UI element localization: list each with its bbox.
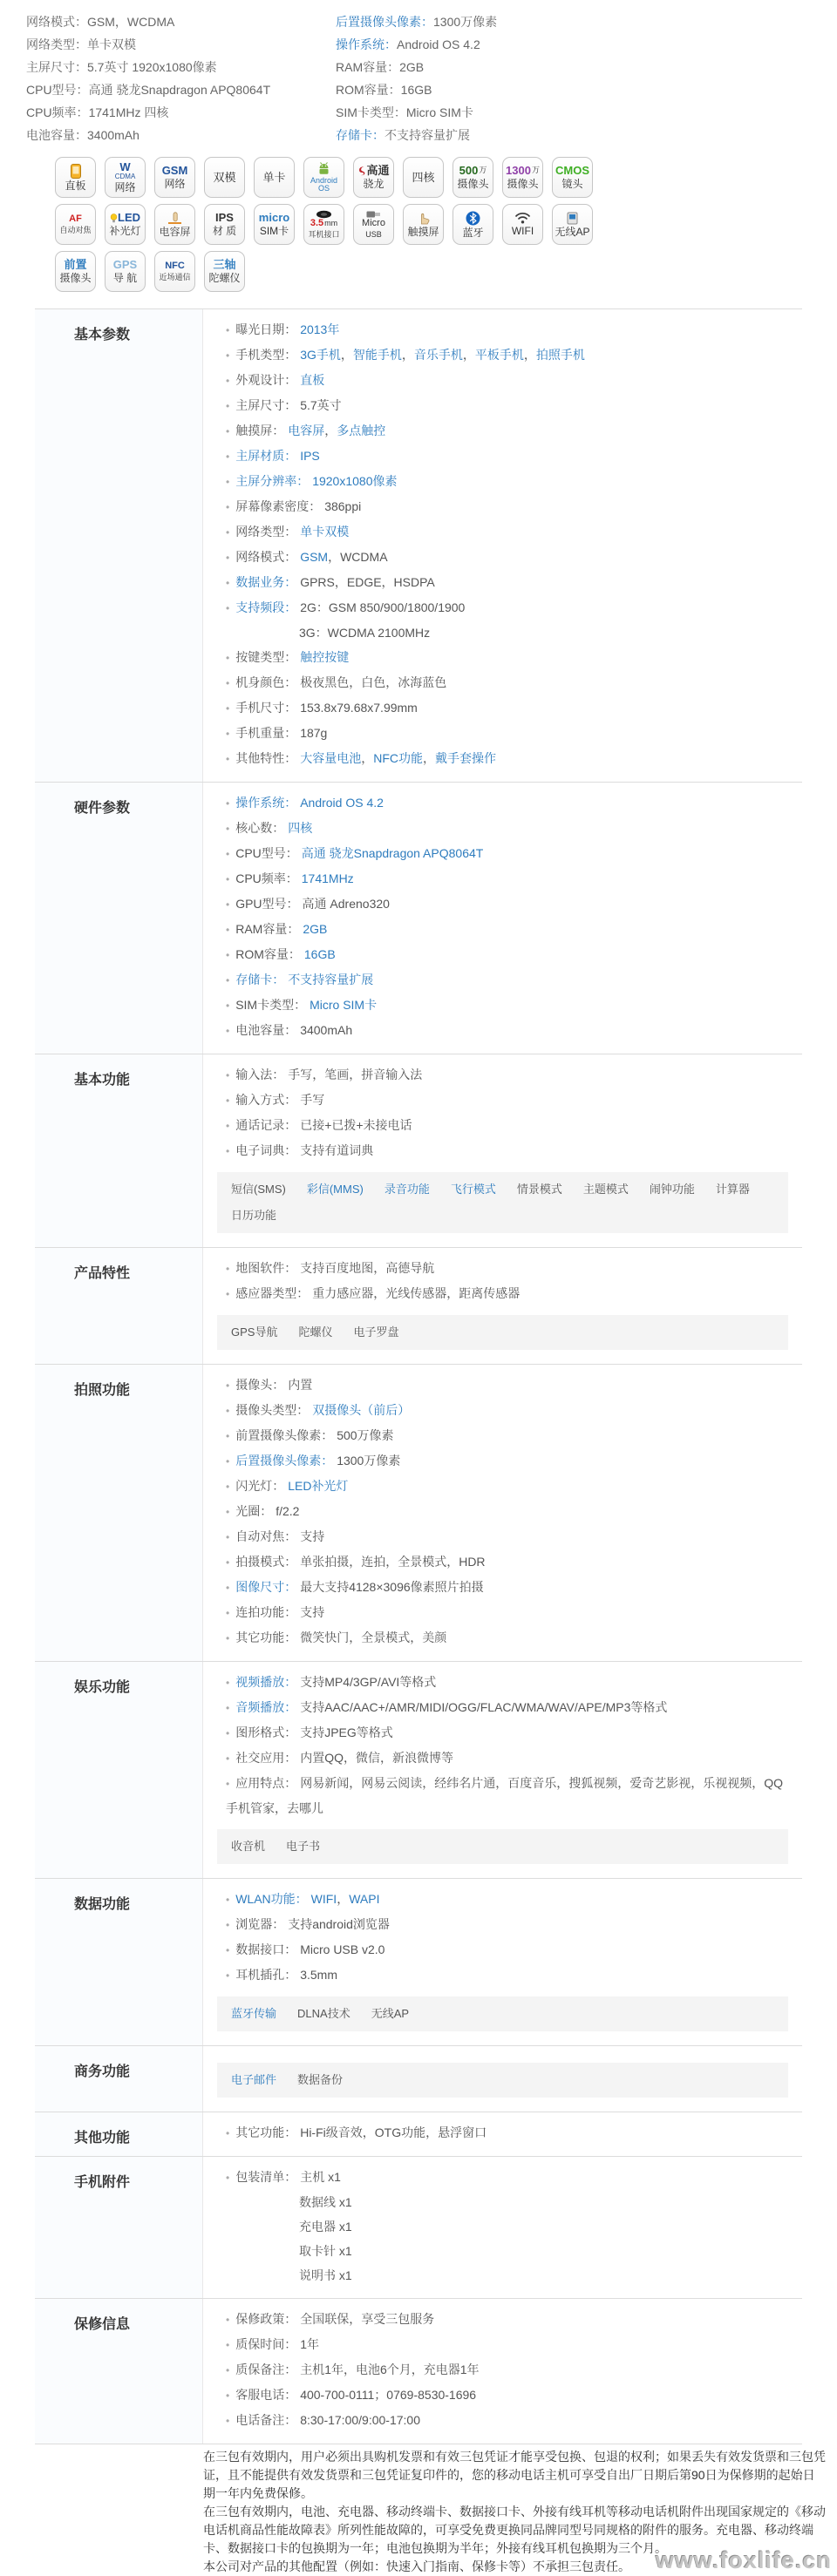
item-value: Micro USB v2.0: [300, 1942, 384, 1956]
item-label[interactable]: 存储卡：: [235, 973, 284, 986]
table-row: •前置摄像头像素：500万像素: [217, 1423, 788, 1448]
gps-navigation-top: GPS: [113, 259, 137, 271]
item-label[interactable]: 图像尺寸：: [235, 1580, 296, 1594]
badge-text: 1300: [506, 165, 531, 177]
item-value-link[interactable]: 大容量电池: [300, 751, 361, 765]
badge-quad-core[interactable]: 四核: [403, 157, 444, 198]
bullet-icon: •: [226, 702, 229, 715]
item-value-link[interactable]: 高通 骁龙Snapdragon APQ8064T: [302, 846, 484, 860]
item-label: 核心数：: [235, 821, 284, 835]
badge-led-flash[interactable]: LED补光灯: [105, 204, 146, 245]
item-label: 手机尺寸：: [235, 701, 296, 715]
tag-link[interactable]: 蓝牙传输: [231, 2001, 276, 2027]
item-value-link[interactable]: 1741MHz: [302, 871, 354, 885]
bullet-icon: •: [226, 1288, 229, 1300]
bullet-icon: •: [226, 324, 229, 336]
item-label: 手机类型：: [235, 348, 296, 362]
item-label: 质保备注：: [235, 2362, 296, 2376]
spec-value: 16GB: [401, 83, 432, 97]
spec-label: 网络类型：: [26, 37, 87, 51]
bullet-icon: •: [226, 1778, 229, 1790]
item-extra-line: 说明书 x1: [217, 2263, 788, 2288]
badge-label: 摄像头: [59, 273, 91, 284]
tag: 情景模式: [517, 1176, 562, 1203]
spec-value: 单卡双模: [87, 37, 136, 51]
item-label: 光圈：: [235, 1504, 272, 1518]
badge-label: 网络: [114, 182, 135, 193]
badge-label: 近场通信: [159, 274, 190, 281]
bullet-icon: •: [226, 1556, 229, 1569]
badge-text: 四核: [412, 172, 434, 184]
badge-text: 3.5: [310, 219, 323, 229]
table-row: •网络模式：GSM，WCDMA: [217, 545, 788, 570]
item-value: ，: [524, 348, 536, 362]
badge-text: 500: [459, 165, 479, 177]
spec-label: RAM容量：: [336, 60, 399, 74]
badge-text: 三轴: [213, 259, 235, 271]
item-label[interactable]: 音频播放：: [235, 1700, 296, 1714]
table-row: •后置摄像头像素：1300万像素: [217, 1448, 788, 1474]
spec-value: 1300万像素: [433, 15, 497, 29]
badge-subtext: 万: [532, 166, 540, 174]
spec-label: CPU频率：: [26, 105, 89, 119]
item-label: 输入方式：: [235, 1093, 296, 1107]
item-value: 极夜黑色，白色，冰海蓝色: [300, 675, 446, 689]
tag: GPS导航: [231, 1319, 277, 1346]
item-value-link[interactable]: 双摄像头（前后）: [312, 1403, 410, 1417]
badge-label: 镜头: [561, 179, 582, 190]
bullet-icon: •: [226, 1944, 229, 1956]
tag-link[interactable]: 电子邮件: [231, 2067, 276, 2093]
item-value: 1300万像素: [337, 1454, 400, 1468]
table-row: •存储卡：不支持容量扩展: [217, 967, 788, 993]
item-value: 3.5mm: [300, 1968, 337, 1982]
bullet-icon: •: [226, 728, 229, 740]
badge-af-autofocus[interactable]: AF自动对焦: [55, 204, 96, 245]
android-icon: [316, 162, 331, 175]
item-value: 重力感应器，光线传感器，距离传感器: [312, 1286, 520, 1300]
bullet-icon: •: [226, 848, 229, 860]
tag-link[interactable]: 彩信(MMS): [307, 1176, 364, 1203]
bullet-icon: •: [226, 2415, 229, 2427]
item-value: ，: [423, 751, 435, 765]
badge-gsm-network[interactable]: GSM网络: [154, 157, 195, 198]
badge-label: 材 质: [213, 226, 236, 237]
badge-label: 导 航: [113, 273, 137, 284]
watermark: www.foxlife.cn: [656, 2547, 832, 2574]
table-row: •质保备注：主机1年，电池6个月，充电器1年: [217, 2357, 788, 2383]
section-body: •包装清单：主机 x1数据线 x1充电器 x1取卡针 x1说明书 x1: [203, 2157, 802, 2298]
spec-label[interactable]: 操作系统：: [336, 37, 397, 51]
table-row: •电话备注：8:30-17:00/9:00-17:00: [217, 2408, 788, 2433]
badge-bluetooth[interactable]: 蓝牙: [453, 204, 493, 245]
table-row: •RAM容量：2GB: [217, 917, 788, 942]
table-row: •视频播放：支持MP4/3GP/AVI等格式: [217, 1670, 788, 1695]
item-label: 社交应用：: [235, 1751, 296, 1765]
bullet-icon: •: [226, 451, 229, 463]
item-value: ，: [361, 751, 373, 765]
item-value-link[interactable]: 触控按键: [300, 650, 349, 664]
spec-row: 网络模式：GSM，WCDMA: [26, 10, 336, 33]
item-value-link[interactable]: GSM: [300, 550, 328, 564]
spec-section: 基本功能•输入法：手写，笔画，拼音输入法•输入方式：手写•通话记录：已接+已拨+…: [35, 1054, 802, 1248]
table-row: •GPU型号：高通 Adreno320: [217, 891, 788, 917]
item-value-link[interactable]: 平板手机: [475, 348, 524, 362]
item-value: GPRS，EDGE，HSDPA: [300, 575, 435, 589]
table-row: •包装清单：主机 x1: [217, 2165, 788, 2190]
badge-candybar[interactable]: 直板: [55, 157, 96, 198]
badge-text: AF: [69, 214, 82, 225]
section-title: 娱乐功能: [35, 1662, 203, 1878]
item-value: 支持: [300, 1605, 324, 1619]
bullet-icon: •: [226, 2339, 229, 2351]
spec-section: 基本参数•曝光日期：2013年•手机类型：3G手机，智能手机，音乐手机，平板手机…: [35, 309, 802, 783]
bullet-icon: •: [226, 476, 229, 488]
item-label: 通话记录：: [235, 1118, 296, 1132]
item-label: 机身颜色：: [235, 675, 296, 689]
badge-micro-sim[interactable]: microSIM卡: [254, 204, 295, 245]
item-label: 其它功能：: [235, 2125, 296, 2139]
badge-row: 直板WCDMA网络GSM网络双模单卡Android OS高通骁龙四核500万摄像…: [55, 157, 837, 198]
table-row: •社交应用：内置QQ，微信，新浪微博等: [217, 1746, 788, 1771]
item-label: 按键类型：: [235, 650, 296, 664]
item-value: 支持android浏览器: [288, 1917, 390, 1931]
item-value-link[interactable]: Micro SIM卡: [310, 998, 377, 1012]
badge-dual-mode[interactable]: 双模: [204, 157, 245, 198]
table-row: •质保时间：1年: [217, 2332, 788, 2357]
badge-android-os[interactable]: Android OS: [303, 157, 344, 198]
item-value-link[interactable]: WIFI: [311, 1892, 337, 1906]
table-row: •输入法：手写，笔画，拼音输入法: [217, 1062, 788, 1088]
badge-touch-screen[interactable]: 触摸屏: [403, 204, 444, 245]
bulb-icon: [110, 214, 118, 223]
badge-micro-usb[interactable]: MicroUSB: [353, 204, 394, 245]
badge-ips-panel[interactable]: IPS材 质: [204, 204, 245, 245]
table-row: •应用特点：网易新闻，网易云阅读，经纬名片通，百度音乐，搜狐视频，爱奇艺影视，乐…: [217, 1771, 788, 1820]
item-value: 支持AAC/AAC+/AMR/MIDI/OGG/FLAC/WMA/WAV/APE…: [300, 1700, 667, 1714]
section-title: 基本功能: [35, 1054, 203, 1247]
tag: DLNA技术: [297, 2001, 350, 2027]
tag: 闹钟功能: [650, 1176, 695, 1203]
item-value-link[interactable]: 音乐手机: [414, 348, 463, 362]
section-body: •曝光日期：2013年•手机类型：3G手机，智能手机，音乐手机，平板手机，拍照手…: [203, 309, 802, 782]
bullet-icon: •: [226, 2390, 229, 2402]
bullet-icon: •: [226, 1677, 229, 1689]
item-label: 应用特点：: [235, 1776, 296, 1790]
item-value: 主机 x1: [300, 2170, 341, 2184]
camera-13mp-top: 1300万: [506, 165, 540, 177]
table-row: •数据接口：Micro USB v2.0: [217, 1937, 788, 1963]
item-value-link[interactable]: LED补光灯: [288, 1479, 348, 1493]
item-value-link[interactable]: 3G手机: [300, 348, 341, 362]
badge-text: 单卡: [262, 172, 285, 184]
feature-badge-grid: 直板WCDMA网络GSM网络双模单卡Android OS高通骁龙四核500万摄像…: [0, 152, 837, 305]
front-camera-top: 前置: [64, 259, 86, 271]
table-row: •保修政策：全国联保，享受三包服务: [217, 2307, 788, 2332]
table-row: •闪光灯：LED补光灯: [217, 1474, 788, 1499]
item-label: 耳机插孔：: [235, 1968, 296, 1982]
top-key-specs: 网络模式：GSM，WCDMA网络类型：单卡双模主屏尺寸：5.7英寸 1920x1…: [0, 0, 837, 152]
item-value: 高通 Adreno320: [303, 897, 390, 911]
spec-label: SIM卡类型：: [336, 105, 406, 119]
item-value: 500万像素: [337, 1428, 393, 1442]
item-value: 187g: [300, 726, 327, 740]
item-value-link[interactable]: NFC功能: [373, 751, 423, 765]
item-value-link[interactable]: 电容屏: [288, 424, 324, 437]
section-body: •WLAN功能：WIFI，WAPI•浏览器：支持android浏览器•数据接口：…: [203, 1879, 802, 2045]
spec-row: SIM卡类型：Micro SIM卡: [336, 101, 497, 124]
section-title: 保修信息: [35, 2299, 203, 2444]
item-value-link[interactable]: IPS: [300, 449, 320, 463]
item-label: SIM卡类型：: [235, 998, 306, 1012]
table-row: •输入方式：手写: [217, 1088, 788, 1113]
item-label[interactable]: 主屏材质：: [235, 449, 296, 463]
spec-value: 高通 骁龙Snapdragon APQ8064T: [89, 83, 271, 97]
badge-text: CMOS: [555, 165, 589, 177]
item-label: 输入法：: [235, 1068, 284, 1081]
bullet-icon: •: [226, 797, 229, 810]
section-title: 数据功能: [35, 1879, 203, 2045]
spec-row: 后置摄像头像素：1300万像素: [336, 10, 497, 33]
ap-icon: [567, 212, 578, 225]
bullet-icon: •: [226, 375, 229, 387]
item-value-link[interactable]: 四核: [288, 821, 312, 835]
badge-gyroscope[interactable]: 三轴陀螺仪: [204, 251, 245, 292]
table-row: •电子词典：支持有道词典: [217, 1138, 788, 1163]
item-label: 网络类型：: [235, 525, 296, 539]
bullet-icon: •: [226, 1582, 229, 1594]
table-row: •通话记录：已接+已拨+未接电话: [217, 1113, 788, 1138]
item-label: 手机重量：: [235, 726, 296, 740]
item-label: GPU型号：: [235, 897, 298, 911]
badge-capacitive-screen[interactable]: 电容屏: [154, 204, 195, 245]
badge-label: 无线AP: [555, 227, 589, 238]
tag-link[interactable]: 录音功能: [384, 1176, 430, 1203]
badge-label: 摄像头: [457, 179, 488, 190]
badge-camera-13mp[interactable]: 1300万摄像头: [502, 157, 543, 198]
table-row: •客服电话：400-700-0111；0769-8530-1696: [217, 2383, 788, 2408]
item-value-link[interactable]: Android OS 4.2: [300, 796, 384, 810]
item-value: 400-700-0111；0769-8530-1696: [300, 2388, 476, 2402]
badge-subtext: mm: [324, 220, 337, 227]
gsm-network-top: GSM: [162, 165, 188, 177]
section-title: 其他功能: [35, 2112, 203, 2156]
item-value-link[interactable]: 单卡双模: [300, 525, 349, 539]
spec-row: 电池容量：3400mAh: [26, 124, 336, 146]
table-row: •图像尺寸：最大支持4128×3096像素照片拍摄: [217, 1575, 788, 1600]
table-row: •图形格式：支持JPEG等格式: [217, 1720, 788, 1746]
bullet-icon: •: [226, 1430, 229, 1442]
item-label: 闪光灯：: [235, 1479, 284, 1493]
item-value-link[interactable]: 拍照手机: [536, 348, 585, 362]
section-title: 硬件参数: [35, 783, 203, 1054]
bullet-icon: •: [226, 602, 229, 614]
section-title: 产品特性: [35, 1248, 203, 1364]
table-row: •按键类型：触控按键: [217, 645, 788, 670]
spec-section: 其他功能•其它功能：Hi-Fi级音效，OTG功能，悬浮窗口: [35, 2112, 802, 2157]
bullet-icon: •: [226, 652, 229, 664]
item-value-link[interactable]: 不支持容量扩展: [288, 973, 373, 986]
table-row: •曝光日期：2013年: [217, 317, 788, 342]
table-row: •触摸屏：电容屏，多点触控: [217, 418, 788, 444]
item-value-link[interactable]: 戴手套操作: [435, 751, 496, 765]
spec-row: CPU型号：高通 骁龙Snapdragon APQ8064T: [26, 78, 336, 101]
item-value-link[interactable]: 智能手机: [353, 348, 402, 362]
table-row: •外观设计：直板: [217, 368, 788, 393]
phone-icon: [71, 164, 81, 179]
table-row: •感应器类型：重力感应器，光线传感器，距离传感器: [217, 1281, 788, 1306]
bullet-icon: •: [226, 1752, 229, 1765]
tag: 计算器: [716, 1176, 750, 1203]
item-value: ，: [337, 1892, 349, 1906]
bullet-icon: •: [226, 898, 229, 911]
badge-text: NFC: [165, 261, 185, 272]
badge-row: 前置摄像头GPS导 航NFC近场通信三轴陀螺仪: [55, 251, 837, 292]
spec-value: 5.7英寸 1920x1080像素: [87, 60, 217, 74]
badge-nfc[interactable]: NFC近场通信: [154, 251, 195, 292]
item-label: 图形格式：: [235, 1725, 296, 1739]
quad-core-top: 四核: [412, 172, 434, 184]
badge-wireless-ap[interactable]: 无线AP: [552, 204, 593, 245]
bullet-icon: •: [226, 1969, 229, 1982]
spec-row: RAM容量：2GB: [336, 56, 497, 78]
badge-gps-navigation[interactable]: GPS导 航: [105, 251, 146, 292]
table-row: •手机重量：187g: [217, 721, 788, 746]
item-label[interactable]: WLAN功能：: [235, 1892, 307, 1906]
badge-label: SIM卡: [260, 226, 289, 237]
item-label[interactable]: 主屏分辨率：: [235, 474, 309, 488]
dual-mode-top: 双模: [213, 172, 235, 184]
item-value-link[interactable]: 2GB: [303, 922, 327, 936]
tag: 数据备份: [297, 2067, 343, 2093]
item-value-link[interactable]: WAPI: [349, 1892, 379, 1906]
table-row: •操作系统：Android OS 4.2: [217, 790, 788, 816]
item-value: 5.7英寸: [300, 398, 341, 412]
item-value: 2G：GSM 850/900/1800/1900: [300, 600, 465, 614]
section-body: •操作系统：Android OS 4.2•核心数：四核•CPU型号：高通 骁龙S…: [203, 783, 802, 1054]
spec-label[interactable]: 后置摄像头像素：: [336, 15, 433, 29]
spec-value: Micro SIM卡: [406, 105, 473, 119]
item-value: Hi-Fi级音效，OTG功能，悬浮窗口: [300, 2125, 487, 2139]
top-specs-left-column: 网络模式：GSM，WCDMA网络类型：单卡双模主屏尺寸：5.7英寸 1920x1…: [26, 10, 336, 146]
item-label: 其它功能：: [235, 1630, 296, 1644]
item-label: 其他特性：: [235, 751, 296, 765]
snapdragon-top: 高通: [357, 165, 389, 177]
item-label[interactable]: 后置摄像头像素：: [235, 1454, 333, 1468]
badge-wifi[interactable]: WIFI: [502, 204, 543, 245]
section-body: •视频播放：支持MP4/3GP/AVI等格式•音频播放：支持AAC/AAC+/A…: [203, 1662, 802, 1878]
item-value: 内置: [288, 1378, 312, 1392]
item-value: 已接+已拨+未接电话: [300, 1118, 412, 1132]
led-flash-top: LED: [110, 212, 140, 224]
item-value: 主机1年，电池6个月，充电器1年: [300, 2362, 479, 2376]
section-title: 基本参数: [35, 309, 203, 782]
badge-text: IPS: [215, 212, 234, 224]
badge-camera-5mp[interactable]: 500万摄像头: [453, 157, 493, 198]
badge-label: 耳机接口: [308, 231, 339, 239]
item-value-link[interactable]: 多点触控: [337, 424, 385, 437]
item-label[interactable]: 操作系统：: [235, 796, 296, 810]
bullet-icon: •: [226, 1095, 229, 1107]
cmos-lens-top: CMOS: [555, 165, 589, 177]
item-value: 全国联保，享受三包服务: [300, 2312, 434, 2326]
table-row: •机身颜色：极夜黑色，白色，冰海蓝色: [217, 670, 788, 695]
bullet-icon: •: [226, 1632, 229, 1644]
spec-section: 娱乐功能•视频播放：支持MP4/3GP/AVI等格式•音频播放：支持AAC/AA…: [35, 1662, 802, 1879]
table-row: •其他特性：大容量电池，NFC功能，戴手套操作: [217, 746, 788, 771]
spec-label[interactable]: 存储卡：: [336, 128, 384, 142]
bullet-icon: •: [226, 1481, 229, 1493]
badge-wcdma-network[interactable]: WCDMA网络: [105, 157, 146, 198]
table-row: •其它功能：Hi-Fi级音效，OTG功能，悬浮窗口: [217, 2120, 788, 2146]
bullet-icon: •: [226, 1145, 229, 1157]
bullet-icon: •: [226, 924, 229, 936]
section-body: •保修政策：全国联保，享受三包服务•质保时间：1年•质保备注：主机1年，电池6个…: [203, 2299, 802, 2444]
spec-row: ROM容量：16GB: [336, 78, 497, 101]
item-value: ，: [341, 348, 353, 362]
badge-snapdragon[interactable]: 高通骁龙: [353, 157, 394, 198]
badge-front-camera[interactable]: 前置摄像头: [55, 251, 96, 292]
item-label[interactable]: 支持频段：: [235, 600, 296, 614]
item-value-link[interactable]: 16GB: [304, 947, 336, 961]
badge-cmos-lens[interactable]: CMOS镜头: [552, 157, 593, 198]
item-value: ，: [463, 348, 475, 362]
bullet-icon: •: [226, 1702, 229, 1714]
af-autofocus-top: AF: [69, 214, 82, 225]
tag: 无线AP: [371, 2001, 409, 2027]
spec-section: 产品特性•地图软件：支持百度地图，高德导航•感应器类型：重力感应器，光线传感器，…: [35, 1248, 802, 1365]
spec-label: 电池容量：: [26, 128, 87, 142]
item-label: 数据接口：: [235, 1942, 296, 1956]
item-value-link[interactable]: 直板: [300, 373, 324, 387]
badge-text: GSM: [162, 165, 188, 177]
table-row: •手机类型：3G手机，智能手机，音乐手机，平板手机，拍照手机: [217, 342, 788, 368]
item-value-link[interactable]: 1920x1080像素: [312, 474, 397, 488]
section-body: 电子邮件数据备份: [203, 2046, 802, 2112]
table-row: •SIM卡类型：Micro SIM卡: [217, 993, 788, 1018]
badge-headphone-jack[interactable]: 3.5mm耳机接口: [303, 204, 344, 245]
badge-single-sim[interactable]: 单卡: [254, 157, 295, 198]
section-body: •输入法：手写，笔画，拼音输入法•输入方式：手写•通话记录：已接+已拨+未接电话…: [203, 1054, 802, 1247]
spec-section: 拍照功能•摄像头：内置•摄像头类型：双摄像头（前后）•前置摄像头像素：500万像…: [35, 1365, 802, 1662]
bullet-icon: •: [226, 1455, 229, 1468]
spec-row: 网络类型：单卡双模: [26, 33, 336, 56]
tag: 收音机: [231, 1834, 265, 1860]
bullet-icon: •: [226, 2364, 229, 2376]
tag-link[interactable]: 飞行模式: [451, 1176, 496, 1203]
item-label[interactable]: 数据业务：: [235, 575, 296, 589]
item-label[interactable]: 视频播放：: [235, 1675, 296, 1689]
top-specs-right-column: 后置摄像头像素：1300万像素操作系统：Android OS 4.2RAM容量：…: [336, 10, 497, 146]
item-value-link[interactable]: 2013年: [300, 322, 339, 336]
spec-section: 数据功能•WLAN功能：WIFI，WAPI•浏览器：支持android浏览器•数…: [35, 1879, 802, 2046]
badge-label: 摄像头: [507, 179, 538, 190]
bullet-icon: •: [226, 1069, 229, 1081]
badge-subtext: CDMA: [115, 173, 136, 180]
item-label: 电话备注：: [235, 2413, 296, 2427]
item-label: 地图软件：: [235, 1261, 296, 1275]
spec-section: 硬件参数•操作系统：Android OS 4.2•核心数：四核•CPU型号：高通…: [35, 783, 802, 1054]
bullet-icon: •: [226, 349, 229, 362]
item-label: 屏幕像素密度：: [235, 499, 321, 513]
bullet-icon: •: [226, 526, 229, 539]
badge-label: 网络: [164, 179, 185, 190]
nfc-top: NFC: [165, 261, 185, 272]
bullet-icon: •: [226, 753, 229, 765]
item-extra-line: 3G：WCDMA 2100MHz: [217, 620, 788, 645]
spec-value: 2GB: [399, 60, 424, 74]
spec-value: GSM，WCDMA: [87, 15, 174, 29]
